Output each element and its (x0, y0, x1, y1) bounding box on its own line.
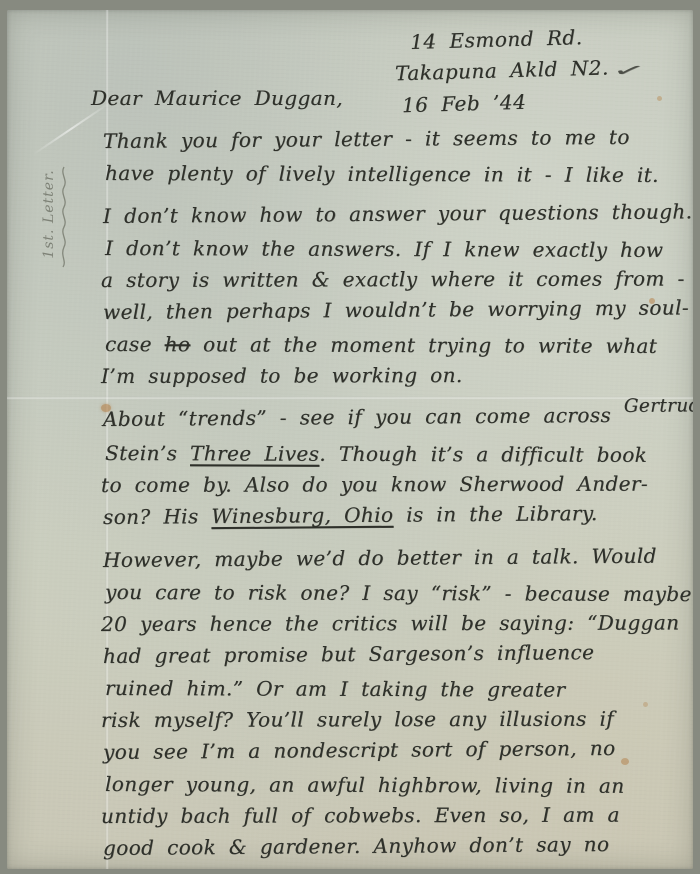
letter-text-segment: is in the Library. (393, 501, 597, 527)
letter-line: 20 years hence the critics will be sayin… (101, 606, 691, 640)
letter-text-segment: Three Lives (190, 441, 319, 465)
letter-text-segment: well, then perhaps I wouldn’t be worryin… (103, 295, 689, 324)
letter-text-segment: risk myself? You’ll surely lose any illu… (101, 707, 614, 732)
letter-line: I don’t know how to answer your question… (103, 195, 693, 232)
letter-line: longer young, an awful highbrow, living … (105, 768, 693, 802)
letter-line: untidy bach full of cobwebs. Even so, I … (101, 798, 691, 832)
letter-text-segment: untidy bach full of cobwebs. Even so, I … (101, 803, 620, 828)
letter-paragraphs: Thank you for your letter - it seems to … (103, 125, 693, 864)
letter-line: I don’t know the answers. If I knew exac… (105, 232, 693, 266)
letter-line: Stein’s Three Lives. Though it’s a diffi… (105, 437, 693, 471)
letter-line: risk myself? You’ll surely lose any illu… (101, 702, 691, 736)
letter-line: have plenty of lively intelligence in it… (105, 157, 693, 191)
letter-text-segment: ho (165, 332, 191, 356)
letter-paragraph: About “trends” - see if you can come acr… (103, 403, 693, 533)
letter-photograph: { "colors":{"paper":"#c8ccc0","ink":"#2e… (0, 0, 700, 874)
letter-line: case ho out at the moment trying to writ… (105, 328, 693, 362)
letter-body: Dear Maurice Duggan, Thank you for your … (7, 82, 693, 869)
letter-text-segment: son? His (103, 504, 212, 529)
letter-paragraph: Thank you for your letter - it seems to … (103, 125, 693, 189)
letter-text-segment: have plenty of lively intelligence in it… (105, 161, 659, 187)
letter-line: well, then perhaps I wouldn’t be worryin… (103, 291, 693, 328)
letter-text-segment: ruined him.” Or am I taking the greater (105, 676, 566, 702)
letter-line: you see I’m a nondescript sort of person… (103, 731, 693, 768)
letter-paragraph: However, maybe we’d do better in a talk.… (103, 544, 693, 864)
letter-line: had great promise but Sargeson’s influen… (103, 635, 693, 672)
letter-text-segment: longer young, an awful highbrow, living … (105, 772, 625, 798)
letter-line: However, maybe we’d do better in a talk.… (103, 539, 693, 576)
letter-text-segment: 20 years hence the critics will be sayin… (101, 610, 680, 636)
letter-text-segment: . Though it’s a difficult book (319, 442, 647, 467)
letter-paper: 1st. Letter. 14 Esmond Rd. Takapuna Akld… (7, 10, 693, 869)
letter-text-segment: However, maybe we’d do better in a talk.… (103, 544, 657, 572)
letter-line: a story is written & exactly where it co… (101, 262, 691, 296)
letter-text-segment: had great promise but Sargeson’s influen… (103, 640, 594, 668)
letter-text-segment: you care to risk one? I say “risk” - bec… (105, 580, 692, 606)
letter-paragraph: I don’t know how to answer your question… (103, 200, 693, 392)
letter-text-segment: out at the moment trying to write what (190, 332, 657, 358)
salutation: Dear Maurice Duggan, (91, 82, 693, 114)
letter-text-segment: About “trends” - see if you can come acr… (103, 403, 624, 431)
letter-text-segment: Winesburg, Ohio (211, 503, 393, 528)
address-line-text: Takapuna Akld N2. (395, 55, 609, 85)
letter-text-segment: good cook & gardener. Anyhow don’t say n… (103, 832, 610, 860)
letter-line: son? His Winesburg, Ohio is in the Libra… (103, 496, 693, 533)
letter-line: good cook & gardener. Anyhow don’t say n… (103, 827, 693, 864)
letter-text-segment: to come by. Also do you know Sherwood An… (101, 472, 648, 497)
letter-line: you care to risk one? I say “risk” - bec… (105, 576, 693, 610)
letter-text-segment: case (105, 332, 165, 356)
letter-text-segment: I don’t know how to answer your question… (103, 199, 693, 228)
letter-line: ruined him.” Or am I taking the greater (105, 672, 693, 706)
letter-line: About “trends” - see if you can come acr… (103, 398, 693, 437)
letter-text-segment: Thank you for your letter - it seems to … (103, 125, 630, 153)
letter-text-segment: Gertrude. (624, 395, 693, 417)
letter-line: I’m supposed to be working on. (101, 358, 691, 392)
letter-text-segment: you see I’m a nondescript sort of person… (103, 736, 616, 764)
letter-line: Thank you for your letter - it seems to … (103, 120, 693, 157)
letter-line: to come by. Also do you know Sherwood An… (101, 467, 691, 501)
letter-text-segment: a story is written & exactly where it co… (101, 266, 685, 292)
letter-text-segment: Stein’s (105, 441, 190, 465)
letter-text-segment: I don’t know the answers. If I knew exac… (105, 236, 663, 262)
letter-text-segment: I’m supposed to be working on. (101, 363, 463, 388)
